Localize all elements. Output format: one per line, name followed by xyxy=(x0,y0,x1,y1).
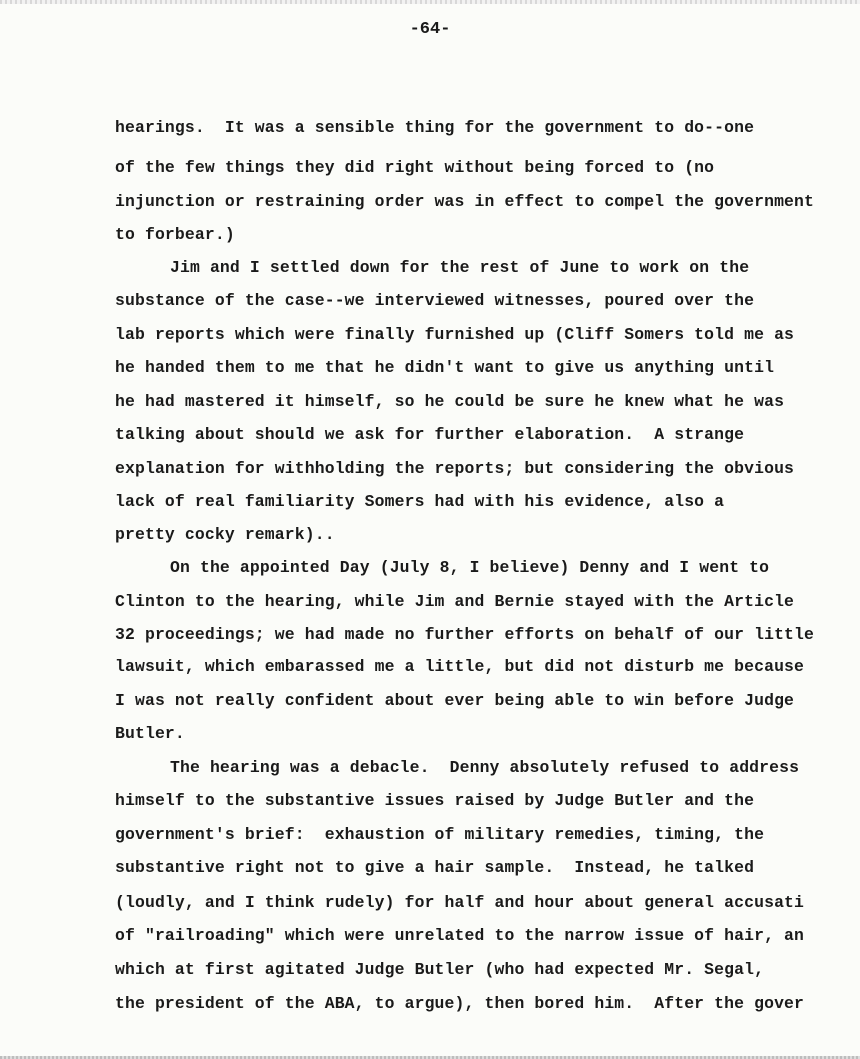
text-line: himself to the substantive issues raised… xyxy=(115,791,754,811)
text-line: talking about should we ask for further … xyxy=(115,425,744,445)
text-line: he handed them to me that he didn't want… xyxy=(115,358,774,378)
page-number: -64- xyxy=(0,20,860,39)
scan-top-edge xyxy=(0,0,860,4)
text-line: government's brief: exhaustion of milita… xyxy=(115,825,764,845)
text-line: he had mastered it himself, so he could … xyxy=(115,392,784,412)
text-line: The hearing was a debacle. Denny absolut… xyxy=(170,758,799,778)
text-line: Clinton to the hearing, while Jim and Be… xyxy=(115,592,794,612)
text-line: On the appointed Day (July 8, I believe)… xyxy=(170,558,769,578)
text-line: I was not really confident about ever be… xyxy=(115,691,794,711)
text-line: (loudly, and I think rudely) for half an… xyxy=(115,893,804,913)
text-line: injunction or restraining order was in e… xyxy=(115,192,814,212)
text-line: which at first agitated Judge Butler (wh… xyxy=(115,960,764,980)
text-line: to forbear.) xyxy=(115,225,235,245)
text-line: of "railroading" which were unrelated to… xyxy=(115,926,804,946)
text-line: of the few things they did right without… xyxy=(115,158,714,178)
text-line: lab reports which were finally furnished… xyxy=(115,325,794,345)
text-line: 32 proceedings; we had made no further e… xyxy=(115,625,814,645)
text-line: substance of the case--we interviewed wi… xyxy=(115,291,754,311)
text-line: substantive right not to give a hair sam… xyxy=(115,858,754,878)
text-line: Butler. xyxy=(115,724,185,744)
text-line: the president of the ABA, to argue), the… xyxy=(115,994,804,1014)
text-line: lack of real familiarity Somers had with… xyxy=(115,492,724,512)
text-line: hearings. It was a sensible thing for th… xyxy=(115,118,754,138)
text-line: Jim and I settled down for the rest of J… xyxy=(170,258,749,278)
text-line: lawsuit, which embarassed me a little, b… xyxy=(115,657,804,677)
text-line: explanation for withholding the reports;… xyxy=(115,459,794,479)
text-line: pretty cocky remark).. xyxy=(115,525,335,545)
